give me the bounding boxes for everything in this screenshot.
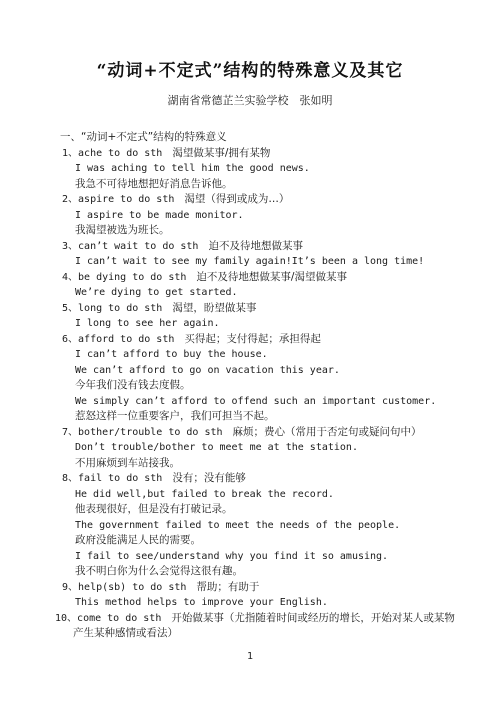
item-row-4: 4、be dying to do sth迫不及待地想做某事/渴望做某事	[0, 270, 455, 286]
example-translation-zh: 惹怒这样一位重要客户，我们可担当不起。	[0, 409, 455, 425]
item-row-7: 7、bother/trouble to do sth麻烦；费心（常用于否定句或疑…	[0, 425, 455, 441]
item-meaning: 迫不及待地想做某事	[208, 240, 303, 252]
item-number: 6、	[62, 334, 78, 345]
item-phrase: long to do sth	[78, 303, 162, 314]
item-meaning: 买得起；支付得起；承担得起	[184, 333, 321, 345]
item-meaning: 迫不及待地想做某事/渴望做某事	[196, 271, 347, 283]
item-row-8: 8、fail to do sth没有；没有能够	[0, 471, 455, 487]
item-number: 2、	[62, 194, 78, 205]
example-sentence-en: I was aching to tell him the good news.	[0, 161, 455, 177]
item-phrase: be dying to do sth	[78, 272, 186, 283]
example-sentence-en: I fail to see/understand why you find it…	[0, 549, 455, 565]
item-phrase: can’t wait to do sth	[78, 241, 198, 252]
item-row-5: 5、long to do sth渴望，盼望做某事	[0, 301, 455, 317]
example-sentence-en: We’re dying to get started.	[0, 285, 455, 301]
section-heading: 一、“动词+不定式”结构的特殊意义	[0, 130, 455, 146]
item-number: 4、	[62, 272, 78, 283]
example-sentence-en: We can’t afford to go on vacation this y…	[0, 363, 455, 379]
item-meaning: 渴望，盼望做某事	[172, 302, 256, 314]
example-translation-zh: 不用麻烦到车站接我。	[0, 456, 455, 472]
example-translation-zh: 今年我们没有钱去度假。	[0, 378, 455, 394]
item-phrase: afford to do sth	[78, 334, 174, 345]
item-number: 3、	[62, 241, 78, 252]
item-row-10: 10、come to do sth开始做某事（尤指随着时间或经历的增长，开始对某…	[0, 611, 455, 642]
example-sentence-en: I aspire to be made monitor.	[0, 208, 455, 224]
doc-body: 一、“动词+不定式”结构的特殊意义 1、ache to do sth渴望做某事/…	[0, 130, 500, 642]
example-sentence-en: This method helps to improve your Englis…	[0, 595, 455, 611]
item-row-1: 1、ache to do sth渴望做某事/拥有某物	[0, 146, 455, 162]
item-phrase: help(sb) to do sth	[78, 582, 186, 593]
item-number: 7、	[62, 427, 78, 438]
example-translation-zh: 我不明白你为什么会觉得这很有趣。	[0, 564, 455, 580]
item-meaning: 没有；没有能够	[172, 472, 246, 484]
item-meaning: 麻烦；费心（常用于否定句或疑问句中）	[233, 426, 422, 438]
item-number: 9、	[62, 582, 78, 593]
document-page: “动词+不定式”结构的特殊意义及其它 湖南省常德芷兰实验学校 张如明 一、“动词…	[0, 0, 500, 707]
example-translation-zh: 他表现很好，但是没有打破记录。	[0, 502, 455, 518]
example-sentence-en: Don’t trouble/bother to meet me at the s…	[0, 440, 455, 456]
item-row-3: 3、can’t wait to do sth迫不及待地想做某事	[0, 239, 455, 255]
page-number: 1	[0, 651, 500, 662]
example-sentence-en: He did well,but failed to break the reco…	[0, 487, 455, 503]
item-phrase: bother/trouble to do sth	[78, 427, 223, 438]
example-translation-zh: 我急不可待地想把好消息告诉他。	[0, 177, 455, 193]
item-phrase: aspire to do sth	[78, 194, 174, 205]
doc-author: 湖南省常德芷兰实验学校 张如明	[0, 93, 500, 108]
item-number: 1、	[62, 148, 78, 159]
item-meaning: 渴望做某事/拥有某物	[172, 147, 270, 159]
item-row-6: 6、afford to do sth买得起；支付得起；承担得起	[0, 332, 455, 348]
item-number: 5、	[62, 303, 78, 314]
item-meaning: 帮助；有助于	[196, 581, 259, 593]
item-number: 8、	[62, 473, 78, 484]
item-number: 10、	[55, 613, 77, 624]
example-sentence-en: The government failed to meet the needs …	[0, 518, 455, 534]
example-sentence-en: We simply can’t afford to offend such an…	[0, 394, 455, 410]
example-sentence-en: I long to see her again.	[0, 316, 455, 332]
example-translation-zh: 我渴望被选为班长。	[0, 223, 455, 239]
item-phrase: come to do sth	[77, 613, 161, 624]
example-sentence-en: I can’t afford to buy the house.	[0, 347, 455, 363]
doc-title: “动词+不定式”结构的特殊意义及其它	[0, 0, 500, 84]
example-translation-zh: 政府没能满足人民的需要。	[0, 533, 455, 549]
item-meaning: 渴望（得到或成为…）	[184, 193, 289, 205]
item-phrase: ache to do sth	[78, 148, 162, 159]
item-row-2: 2、aspire to do sth渴望（得到或成为…）	[0, 192, 455, 208]
item-phrase: fail to do sth	[78, 473, 162, 484]
example-sentence-en: I can’t wait to see my family again!It’s…	[0, 254, 455, 270]
item-row-9: 9、help(sb) to do sth帮助；有助于	[0, 580, 455, 596]
